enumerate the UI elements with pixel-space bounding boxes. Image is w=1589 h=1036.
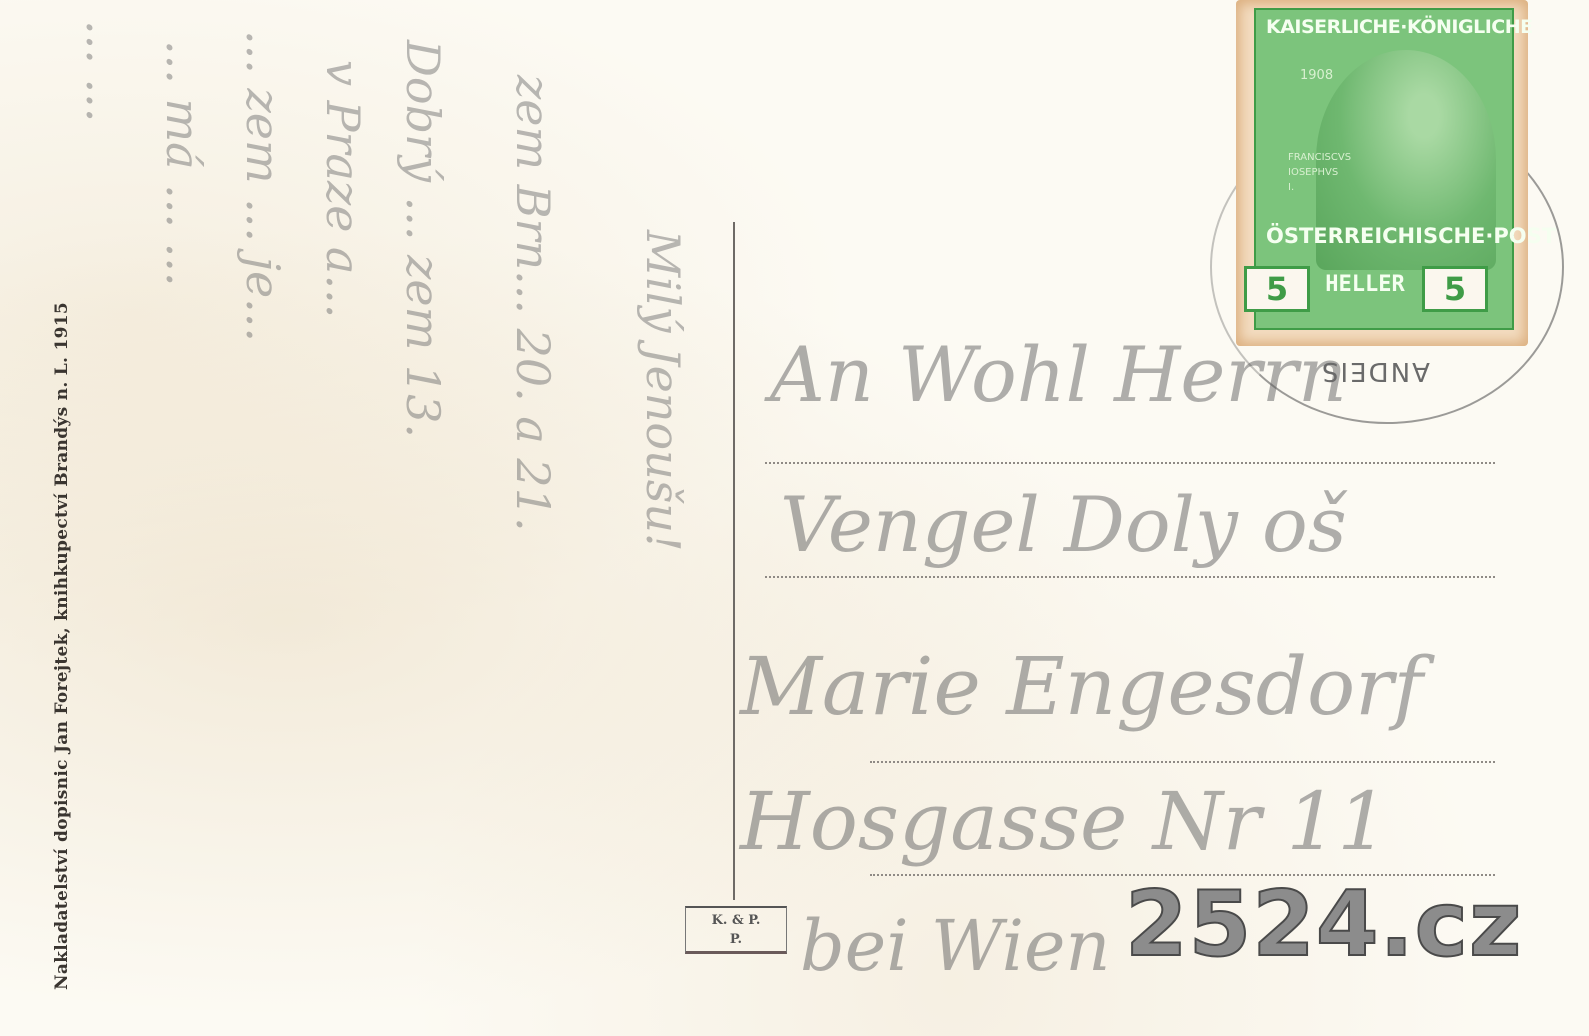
message-line: ... zem ... je... — [236, 30, 290, 342]
printer-mark-line1: K. & P. — [686, 911, 786, 930]
stamp-text-top: KAISERLICHE·KÖNIGLICHE — [1266, 16, 1502, 38]
address-line-1 — [765, 462, 1495, 464]
printer-mark-line2: P. — [686, 930, 786, 949]
stamp-currency: HELLER — [1310, 272, 1420, 297]
postcard-back: Nakladatelství dopisnic Jan Forejtek, kn… — [0, 0, 1589, 1036]
postage-stamp: KAISERLICHE·KÖNIGLICHE 1908 FRANCISCVS I… — [1236, 0, 1528, 346]
message-line: Milý Jenoušu! — [636, 230, 690, 551]
stamp-value-left: 5 — [1244, 266, 1310, 312]
address-line5-text: bei Wien — [800, 905, 1111, 987]
address-line2-text: Vengel Doly oš — [780, 480, 1347, 569]
publisher-imprint: Nakladatelství dopisnic Jan Forejtek, kn… — [52, 0, 82, 990]
stamp-text-bottom: ÖSTERREICHISCHE·POST — [1266, 224, 1502, 248]
address-line4-text: Hosgasse Nr 11 — [740, 775, 1388, 868]
stamp-value-right: 5 — [1422, 266, 1488, 312]
address-line-3 — [870, 761, 1495, 763]
message-line: ... má ... ... — [156, 40, 210, 287]
stamp-portrait-caption: FRANCISCVS IOSEPHVS I. — [1288, 150, 1351, 195]
stamp-year: 1908 — [1300, 68, 1333, 83]
postmark-text: ANDEIS — [1320, 356, 1430, 386]
message-line: zem Brn... 20. a 21. — [506, 75, 560, 532]
message-line: v Praze a... — [316, 60, 370, 318]
watermark: 2524.cz — [1125, 872, 1522, 977]
address-line3-text: Marie Engesdorf — [740, 640, 1423, 733]
address-line-2 — [765, 576, 1495, 578]
message-line: Dobrý ... zem 13. — [396, 40, 450, 438]
vertical-divider — [733, 222, 735, 900]
message-line: ... ... — [76, 20, 130, 122]
printer-mark: K. & P. P. — [685, 906, 787, 954]
